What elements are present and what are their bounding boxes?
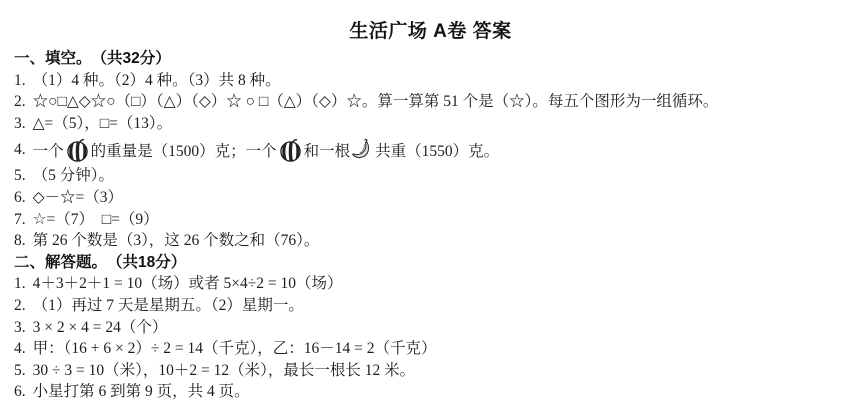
answer-item: 5. 30 ÷ 3 = 10（米），10＋2 = 12（米），最长一根长 12 … — [14, 360, 847, 382]
item-text: （5 分钟）。 — [33, 165, 114, 187]
answer-item: 3. △=（5），□=（13）。 — [14, 113, 847, 135]
item-number: 5. — [14, 360, 26, 382]
answer-item: 4. 甲：（16 + 6 × 2）÷ 2 = 14（千克），乙：16－14 = … — [14, 338, 847, 360]
section2-heading: 二、解答题。 （共18分） — [14, 252, 847, 274]
watermelon-icon — [65, 138, 90, 162]
item-number: 4. — [14, 338, 26, 360]
item-text: 甲：（16 + 6 × 2）÷ 2 = 14（千克），乙：16－14 = 2（千… — [33, 338, 437, 360]
item-number: 5. — [14, 165, 26, 187]
answer-item: 3. 3 × 2 × 4 = 24（个） — [14, 317, 847, 339]
item-text: ☆○□△◇☆○（□）（△）（◇）☆ ○ □（△）（◇）☆。算一算第 51 个是（… — [33, 91, 719, 113]
item-number: 4. — [14, 141, 26, 159]
item-text: 一个 — [33, 139, 64, 161]
item-text: 共重（1550）克。 — [375, 139, 499, 161]
item-text: （1）再过 7 天是星期五。（2）星期一。 — [33, 295, 304, 317]
item-text: △=（5），□=（13）。 — [33, 113, 173, 135]
answer-item: 6. ◇－☆=（3） — [14, 187, 847, 209]
item-text: ◇－☆=（3） — [33, 187, 123, 209]
answer-item: 2. （1）再过 7 天是星期五。（2）星期一。 — [14, 295, 847, 317]
answer-item: 1. （1）4 种。（2）4 种。（3）共 8 种。 — [14, 70, 847, 92]
item-text: 和一根 — [304, 139, 351, 161]
answer-item: 8. 第 26 个数是（3），这 26 个数之和（76）。 — [14, 230, 847, 252]
answer-sheet-page: 生活广场 A卷 答案 一、填空。 （共32分） 1. （1）4 种。（2）4 种… — [0, 0, 859, 409]
answer-item: 5. （5 分钟）。 — [14, 165, 847, 187]
watermelon-icon — [278, 138, 303, 162]
item-text: 4＋3＋2＋1 = 10（场）或者 5×4÷2 = 10（场） — [33, 273, 343, 295]
item-number: 1. — [14, 70, 26, 92]
item-number: 6. — [14, 187, 26, 209]
answer-item: 7. ☆=（7） □=（9） — [14, 209, 847, 231]
item-text: 3 × 2 × 4 = 24（个） — [33, 317, 168, 339]
page-title: 生活广场 A卷 答案 — [14, 16, 847, 48]
section1-heading: 一、填空。 （共32分） — [14, 48, 847, 70]
item-number: 1. — [14, 273, 26, 295]
item-number: 6. — [14, 381, 26, 403]
item-number: 7. — [14, 209, 26, 231]
item-number: 2. — [14, 91, 26, 113]
item-number: 3. — [14, 317, 26, 339]
item-text: ☆=（7） □=（9） — [33, 209, 159, 231]
banana-icon — [351, 138, 374, 161]
item-number: 8. — [14, 230, 26, 252]
item-text: 第 26 个数是（3），这 26 个数之和（76）。 — [33, 230, 320, 252]
answer-item: 2. ☆○□△◇☆○（□）（△）（◇）☆ ○ □（△）（◇）☆。算一算第 51 … — [14, 91, 847, 113]
item-number: 2. — [14, 295, 26, 317]
item-text: 小星打第 6 到第 9 页，共 4 页。 — [33, 381, 250, 403]
answer-item: 6. 小星打第 6 到第 9 页，共 4 页。 — [14, 381, 847, 403]
item-number: 3. — [14, 113, 26, 135]
item-text: （1）4 种。（2）4 种。（3）共 8 种。 — [33, 70, 281, 92]
item-text: 的重量是（1500）克；一个 — [91, 139, 277, 161]
item-text: 30 ÷ 3 = 10（米），10＋2 = 12（米），最长一根长 12 米。 — [33, 360, 416, 382]
answer-item: 1. 4＋3＋2＋1 = 10（场）或者 5×4÷2 = 10（场） — [14, 273, 847, 295]
answer-item: 4. 一个 的重量是（1500）克；一个 — [14, 134, 847, 165]
